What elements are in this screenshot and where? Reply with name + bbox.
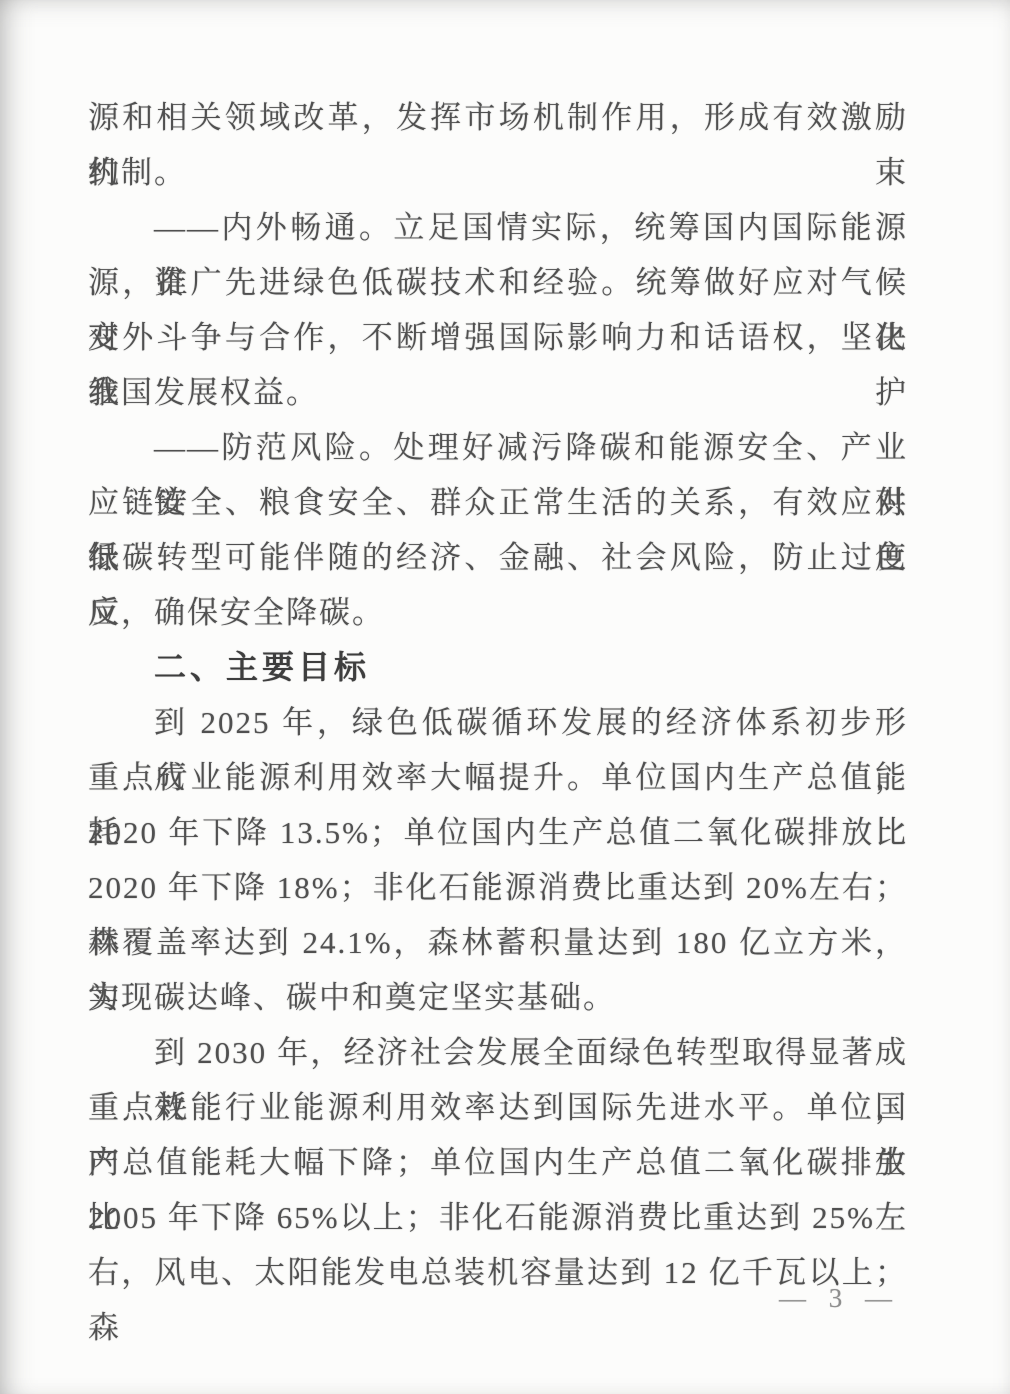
text-line: 产总值能耗大幅下降；单位国内生产总值二氧化碳排放比 [88,1135,908,1190]
para-reform-continuation: 源和相关领域改革，发挥市场机制作用，形成有效激励约束机制。 [88,90,908,200]
text-line: 重点耗能行业能源利用效率达到国际先进水平。单位国内生 [88,1080,908,1135]
text-line: 2020 年下降 18%；非化石能源消费比重达到 20%左右；森 [88,860,908,915]
heading-main-goals: 二、主要目标 [88,640,908,695]
text-line: 源，推广先进绿色低碳技术和经验。统筹做好应对气候变化 [88,255,908,310]
para-2025-goals: 到 2025 年，绿色低碳循环发展的经济体系初步形成，重点行业能源利用效率大幅提… [88,695,908,1025]
text-line: 应，确保安全降碳。 [88,585,908,640]
text-line: 重点行业能源利用效率大幅提升。单位国内生产总值能耗比 [88,750,908,805]
text-line: ——内外畅通。立足国情实际，统筹国内国际能源资 [88,200,908,255]
section-heading: 二、主要目标 [88,640,908,695]
scanned-document-page: 源和相关领域改革，发挥市场机制作用，形成有效激励约束机制。——内外畅通。立足国情… [0,0,1010,1394]
page-number: — 3 — [779,1283,894,1314]
para-neiwai-changtong: ——内外畅通。立足国情实际，统筹国内国际能源资源，推广先进绿色低碳技术和经验。统… [88,200,908,420]
text-line: 林覆盖率达到 24.1%，森林蓄积量达到 180 亿立方米，为 [88,915,908,970]
para-fangfan-fengxian: ——防范风险。处理好减污降碳和能源安全、产业链供应链安全、粮食安全、群众正常生活… [88,420,908,640]
text-line: 应链安全、粮食安全、群众正常生活的关系，有效应对绿色 [88,475,908,530]
document-body: 源和相关领域改革，发挥市场机制作用，形成有效激励约束机制。——内外畅通。立足国情… [88,90,908,1300]
text-line: ——防范风险。处理好减污降碳和能源安全、产业链供 [88,420,908,475]
text-line: 2020 年下降 13.5%；单位国内生产总值二氧化碳排放比 [88,805,908,860]
text-line: 源和相关领域改革，发挥市场机制作用，形成有效激励约束 [88,90,908,145]
text-line: 低碳转型可能伴随的经济、金融、社会风险，防止过度反 [88,530,908,585]
text-line: 对外斗争与合作，不断增强国际影响力和话语权，坚决维护 [88,310,908,365]
text-line: 到 2025 年，绿色低碳循环发展的经济体系初步形成， [88,695,908,750]
text-line: 2005 年下降 65%以上；非化石能源消费比重达到 25%左 [88,1190,908,1245]
text-line: 到 2030 年，经济社会发展全面绿色转型取得显著成效， [88,1025,908,1080]
text-line: 实现碳达峰、碳中和奠定坚实基础。 [88,970,908,1025]
para-2030-goals: 到 2030 年，经济社会发展全面绿色转型取得显著成效，重点耗能行业能源利用效率… [88,1025,908,1300]
